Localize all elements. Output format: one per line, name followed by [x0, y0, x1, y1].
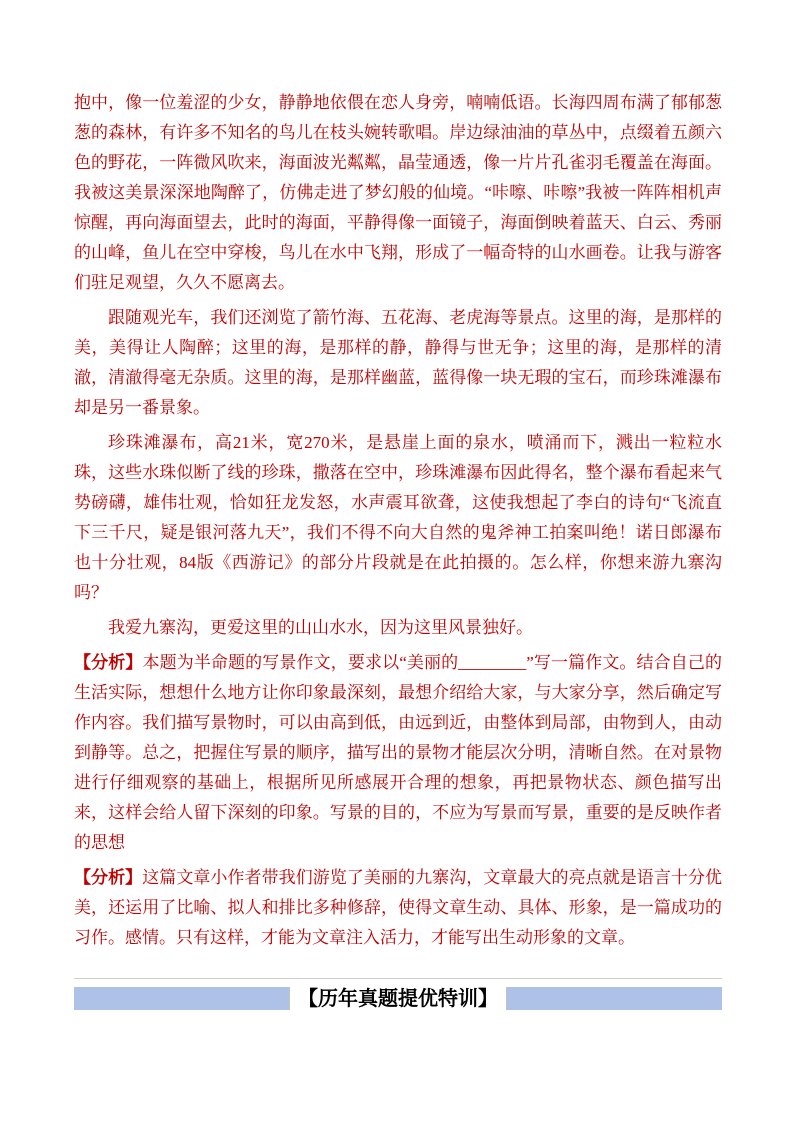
- banner-bar-right: [507, 987, 722, 1010]
- document-page: 抱中，像一位羞涩的少女，静静地依偎在恋人身旁，喃喃低语。长海四周布满了郁郁葱葱的…: [74, 88, 722, 1010]
- banner-title-box: 【历年真题提优特训】: [289, 987, 507, 1010]
- analysis-paragraph-1: 【分析】本题为半命题的写景作文，要求以“美丽的________”写一篇作文。结合…: [74, 648, 722, 858]
- analysis-label-1: 【分析】: [74, 653, 142, 672]
- analysis-text-2: 这篇文章小作者带我们游览了美丽的九寨沟，文章最大的亮点就是语言十分优美，还运用了…: [74, 868, 722, 947]
- essay-paragraph-continuation: 抱中，像一位羞涩的少女，静静地依偎在恋人身旁，喃喃低语。长海四周布满了郁郁葱葱的…: [74, 88, 722, 298]
- banner-bar-left: [74, 987, 289, 1010]
- section-banner: 【历年真题提优特训】: [74, 978, 722, 1010]
- essay-paragraph-pearl-shoal-waterfall: 珍珠滩瀑布，高21米，宽270米，是悬崖上面的泉水，喷涌而下，溅出一粒粒水珠，这…: [74, 428, 722, 608]
- analysis-paragraph-2: 【分析】这篇文章小作者带我们游览了美丽的九寨沟，文章最大的亮点就是语言十分优美，…: [74, 863, 722, 953]
- essay-paragraph-conclusion: 我爱九寨沟，更爱这里的山山水水，因为这里风景独好。: [74, 613, 722, 643]
- analysis-text-1: 本题为半命题的写景作文，要求以“美丽的________”写一篇作文。结合自己的生…: [74, 653, 722, 852]
- essay-paragraph-scenic-lakes: 跟随观光车，我们还浏览了箭竹海、五花海、老虎海等景点。这里的海，是那样的美，美得…: [74, 303, 722, 423]
- analysis-label-2: 【分析】: [74, 868, 142, 887]
- banner-title: 【历年真题提优特训】: [298, 989, 498, 1009]
